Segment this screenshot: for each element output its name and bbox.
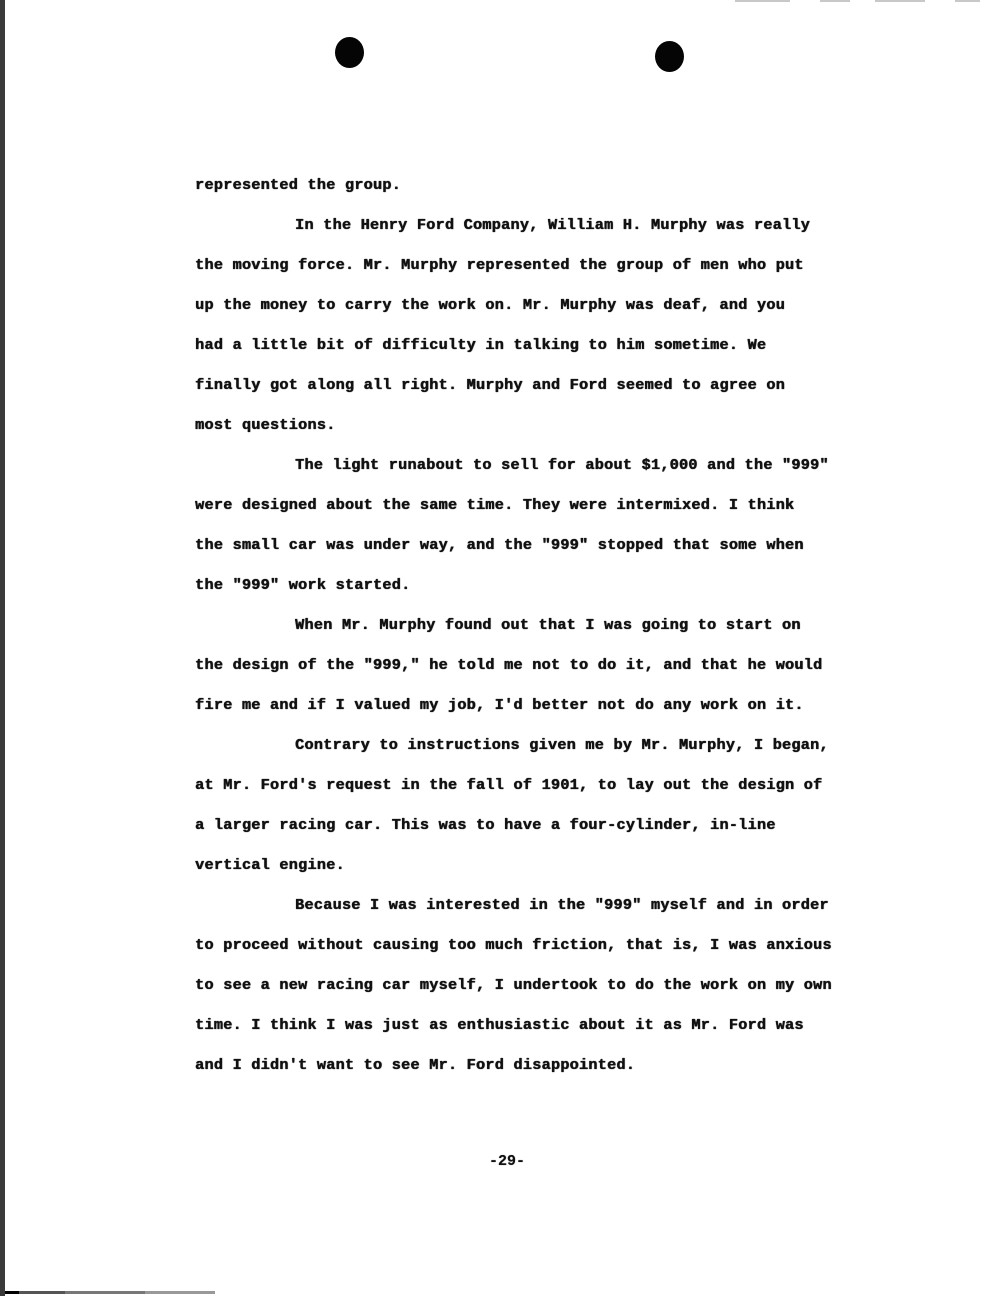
- text-line: the moving force. Mr. Murphy represented…: [195, 255, 804, 275]
- text-line: fire me and if I valued my job, I'd bett…: [195, 695, 804, 715]
- text-line: to proceed without causing too much fric…: [195, 935, 832, 955]
- text-line: finally got along all right. Murphy and …: [195, 375, 785, 395]
- text-line: The light runabout to sell for about $1,…: [295, 455, 829, 475]
- page-number: -29-: [489, 1153, 525, 1170]
- text-line: Because I was interested in the "999" my…: [295, 895, 829, 915]
- text-line: a larger racing car. This was to have a …: [195, 815, 776, 835]
- text-line: When Mr. Murphy found out that I was goi…: [295, 615, 801, 635]
- punch-hole-left: [335, 37, 364, 68]
- text-line: most questions.: [195, 415, 335, 435]
- top-scan-marks: [725, 0, 995, 4]
- scan-bottom-rule: [5, 1291, 215, 1294]
- text-line: were designed about the same time. They …: [195, 495, 794, 515]
- text-line: In the Henry Ford Company, William H. Mu…: [295, 215, 810, 235]
- text-line: the small car was under way, and the "99…: [195, 535, 804, 555]
- text-line: had a little bit of difficulty in talkin…: [195, 335, 766, 355]
- text-line: represented the group.: [195, 175, 401, 195]
- text-line: time. I think I was just as enthusiastic…: [195, 1015, 804, 1035]
- text-line: the design of the "999," he told me not …: [195, 655, 822, 675]
- document-page: represented the group. In the Henry Ford…: [5, 0, 997, 1296]
- text-line: Contrary to instructions given me by Mr.…: [295, 735, 829, 755]
- text-line: and I didn't want to see Mr. Ford disapp…: [195, 1055, 635, 1075]
- text-line: vertical engine.: [195, 855, 345, 875]
- text-line: at Mr. Ford's request in the fall of 190…: [195, 775, 822, 795]
- text-line: to see a new racing car myself, I undert…: [195, 975, 832, 995]
- punch-hole-right: [655, 41, 684, 72]
- text-line: the "999" work started.: [195, 575, 410, 595]
- text-line: up the money to carry the work on. Mr. M…: [195, 295, 785, 315]
